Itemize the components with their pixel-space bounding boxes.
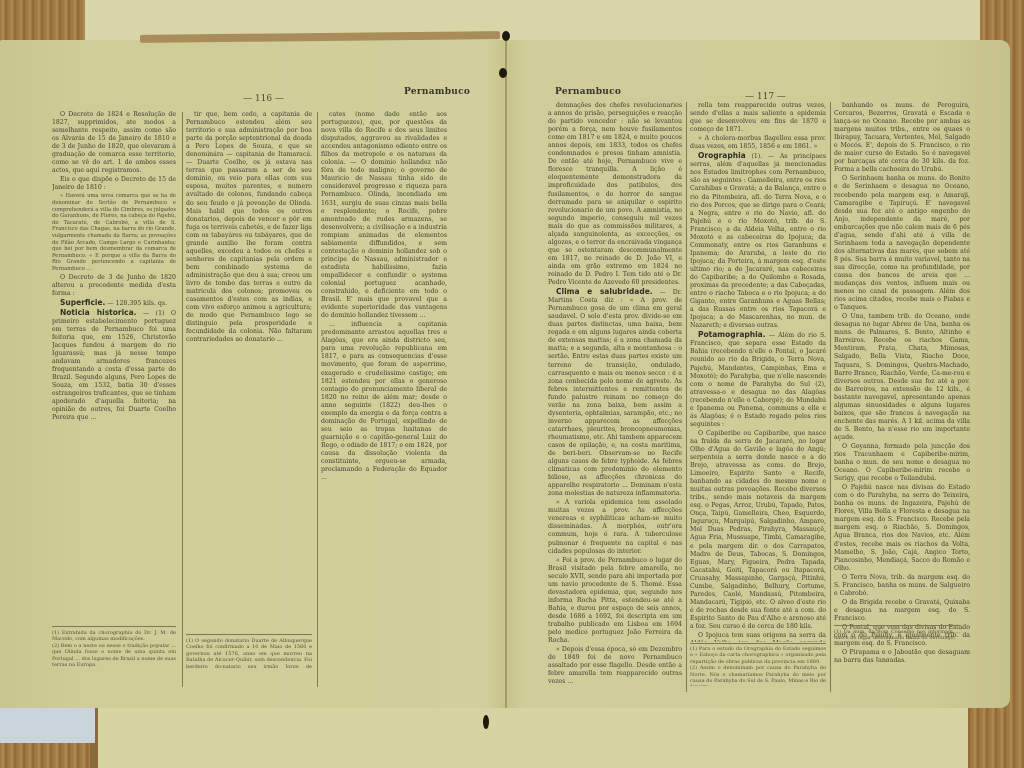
right-page-column-3: banhando os muns. de Peroguira, Cercaros… [834, 102, 970, 662]
open-book: — 116 — Pernambuco O Decreto de 1824 e R… [0, 40, 1010, 708]
section-title: Noticia historica. [60, 308, 137, 317]
section-orographia: Orographia (1). — As principaes serras, … [690, 152, 826, 330]
column-rule [686, 102, 687, 692]
paragraph: tir que, bem cedo, a capitania de Pernam… [186, 111, 312, 344]
back-sheet-bottom [98, 700, 968, 768]
left-col2-footnote: (1) O segundo donatario Duarte de Albuqu… [186, 638, 312, 668]
footnote-rule [186, 634, 312, 635]
paragraph: O Capiberibe ou Capibaribe, que nasce na… [690, 430, 826, 631]
paragraph: O Decreto de 3 de Junho de 1820 alterou … [52, 274, 176, 298]
right-page-column-2: rella tem reapparecido outras vezes, sen… [690, 102, 826, 642]
paragraph: demnações dos chefes revolucionarios a a… [548, 102, 682, 287]
paragraph: O Terra Nova, trib. da margem esq. do S.… [834, 574, 970, 598]
paragraph: « Depois d'essa época, só em Dezembro de… [548, 646, 682, 686]
paragraph: O Decreto de 1824 e Resolução de 1827, s… [52, 111, 176, 175]
paragraph: banhando os muns. de Peroguira, Cercaros… [834, 102, 970, 174]
right-page-running-head: Pernambuco [555, 87, 621, 97]
binding-stitch [499, 68, 507, 78]
quote-block: « Haverá uma nova comarca que se ha de d… [52, 193, 176, 272]
right-col3-footnote: (1) Da mun. do Bom Conselho nos informam… [834, 629, 960, 649]
section-noticia-historica: Noticia historica. — (1) O primeiro esta… [52, 309, 176, 423]
book-gutter [505, 40, 507, 708]
paragraph: O Pirapama e o Jaboatão que desaguam na … [834, 649, 970, 662]
section-title: Clima e salubridade. [556, 287, 653, 296]
left-page-running-head: Pernambuco [404, 87, 470, 97]
paragraph: « A variola epidemica tem assolado muita… [548, 499, 682, 555]
paragraph: cates (nome dado então aos portuguezes),… [321, 111, 447, 320]
section-potamographia: Potamographia. — Além do rio S. Francisc… [690, 331, 826, 429]
paragraph: Eis o que dispõe o Decreto de 15 de Jane… [52, 176, 176, 192]
left-page-column-3: cates (nome dado então aos portuguezes),… [321, 111, 447, 711]
footnote-rule [690, 643, 826, 644]
column-rule [317, 112, 318, 687]
binding-stitch [502, 31, 510, 41]
right-page-number: — 117 — [745, 92, 786, 102]
left-footnotes: (1) Extrahida da chorographia do Dr. J. … [52, 630, 176, 670]
column-rule [830, 102, 831, 692]
section-title: Orographia [698, 151, 746, 160]
footnote-rule [52, 626, 176, 627]
binding-stitch [483, 715, 489, 729]
column-rule [182, 112, 183, 687]
section-title: Superficie. [60, 298, 105, 307]
section-clima: Clima e salubridade. — Dr. Martins Costa… [548, 288, 682, 498]
left-page-column-2: tir que, bem cedo, a capitania de Pernam… [186, 111, 312, 631]
paragraph: « Foi a prov. de Pernambuco o lugar do B… [548, 557, 682, 646]
paragraph: O Goyanna, formado pela juncção dos rios… [834, 443, 970, 483]
section-title: Potamographia. [698, 330, 766, 339]
paragraph: ... influencia a capitania predominante … [321, 321, 447, 482]
paragraph: O Ipojuca tem suas origens na serra da A… [690, 632, 826, 642]
paragraph: rella tem reapparecido outras vezes, sen… [690, 102, 826, 134]
paragraph: O Serinhaem banha os muns. do Bonito e d… [834, 175, 970, 312]
left-page-number: — 116 — [243, 94, 284, 104]
footnote-rule [834, 625, 960, 626]
paragraph: O Una, tambem trib. do Oceano, onde desa… [834, 313, 970, 442]
section-superficie: Superficie. — 128.395 kils. qs. [52, 299, 176, 308]
right-col2-footnotes: (1) Para o estudo da Orographia do Estad… [690, 646, 826, 686]
paragraph: O Pajehú nasce nas divisas do Estado com… [834, 484, 970, 573]
right-page-column-1: demnações dos chefes revolucionarios a a… [548, 102, 682, 712]
paragraph: O da Brigida recebe o Gravatá, Quixaba e… [834, 599, 970, 623]
paragraph: « A cholera-morbus flagellou essa prov. … [690, 135, 826, 151]
